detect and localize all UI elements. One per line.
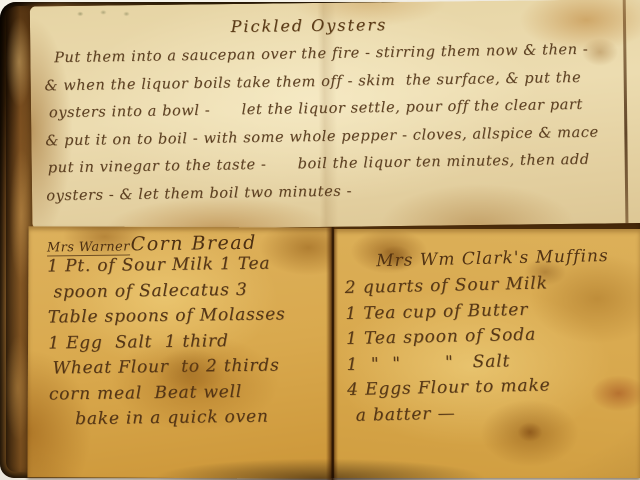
recipe-title-muffins: Mrs Wm Clark's Muffins	[376, 246, 609, 271]
recipe-line: 1 Egg Salt 1 third	[48, 330, 286, 359]
recipe-line: Wheat Flour to 2 thirds	[52, 355, 286, 384]
corn-bread-recipe: Mrs WarnerCorn Bread 1 Pt. of Sour Milk …	[47, 231, 287, 435]
faint-page-marks	[72, 7, 142, 20]
recipe-line: spoon of Salecatus 3	[53, 279, 285, 308]
recipe-line: a batter —	[355, 399, 612, 430]
recipe-attribution: Mrs Warner	[47, 239, 130, 256]
muffins-lines: 2 quarts of Sour Milk 1 Tea cup of Butte…	[345, 272, 613, 431]
recipe-title-corn-bread: Corn Bread	[131, 232, 257, 256]
top-recipe-lines: Put them into a saucepan over the fire -…	[44, 41, 640, 215]
recipe-line: 1 Pt. of Sour Milk 1 Tea	[47, 253, 285, 282]
corn-bread-heading: Mrs WarnerCorn Bread	[47, 231, 285, 256]
recipe-line: Table spoons of Molasses	[48, 304, 286, 333]
left-recipe-page: Mrs WarnerCorn Bread 1 Pt. of Sour Milk …	[27, 226, 332, 478]
muffins-recipe: Mrs Wm Clark's Muffins 2 quarts of Sour …	[344, 246, 613, 431]
top-recipe-page: Pickled Oysters Put them into a saucepan…	[30, 0, 640, 230]
page-center-seam	[326, 227, 338, 480]
recipe-book-photo: Pickled Oysters Put them into a saucepan…	[0, 0, 640, 480]
corn-bread-lines: 1 Pt. of Sour Milk 1 Tea spoon of Saleca…	[47, 253, 287, 435]
recipe-line: corn meal Beat well	[49, 381, 287, 410]
right-recipe-page: Mrs Wm Clark's Muffins 2 quarts of Sour …	[334, 229, 640, 478]
recipe-line: bake in a quick oven	[75, 406, 287, 434]
